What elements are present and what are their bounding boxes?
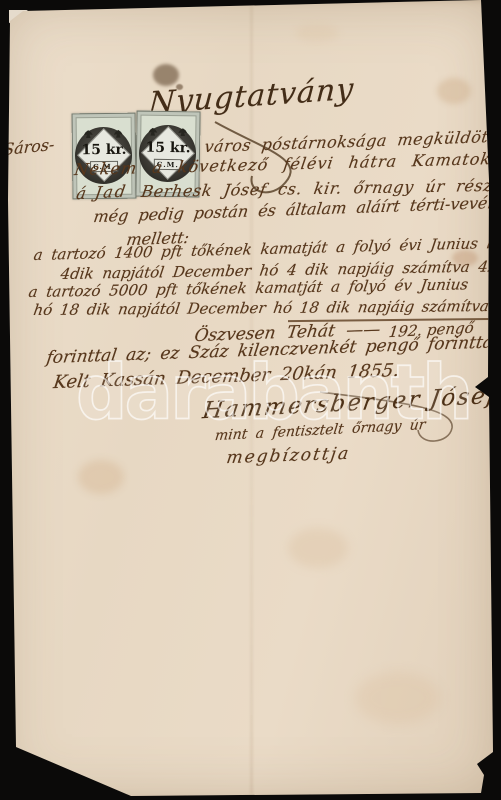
- document-sheet: Nyugtatvány 15 kr. C.M. 15 kr. C.M. Sáro…: [0, 0, 501, 800]
- stain: [78, 460, 124, 494]
- handwritten-line: Sáros-: [3, 135, 55, 160]
- stain: [355, 672, 440, 724]
- handwritten-line: hó 18 dik napjától December hó 18 dik na…: [32, 296, 501, 319]
- handwritten-line: megbízottja: [225, 444, 351, 468]
- stamp-cancellation-scribble: á Jad: [75, 181, 129, 203]
- stain: [295, 24, 339, 42]
- stain: [437, 78, 471, 104]
- stain: [288, 528, 348, 568]
- darabanth-watermark: darabanth: [76, 354, 470, 430]
- stamp-value: 15 kr.: [72, 142, 136, 159]
- photo-of-document: Nyugtatvány 15 kr. C.M. 15 kr. C.M. Sáro…: [0, 0, 501, 800]
- stamp-value: 15 kr.: [136, 140, 200, 157]
- ink-blot: [153, 64, 179, 86]
